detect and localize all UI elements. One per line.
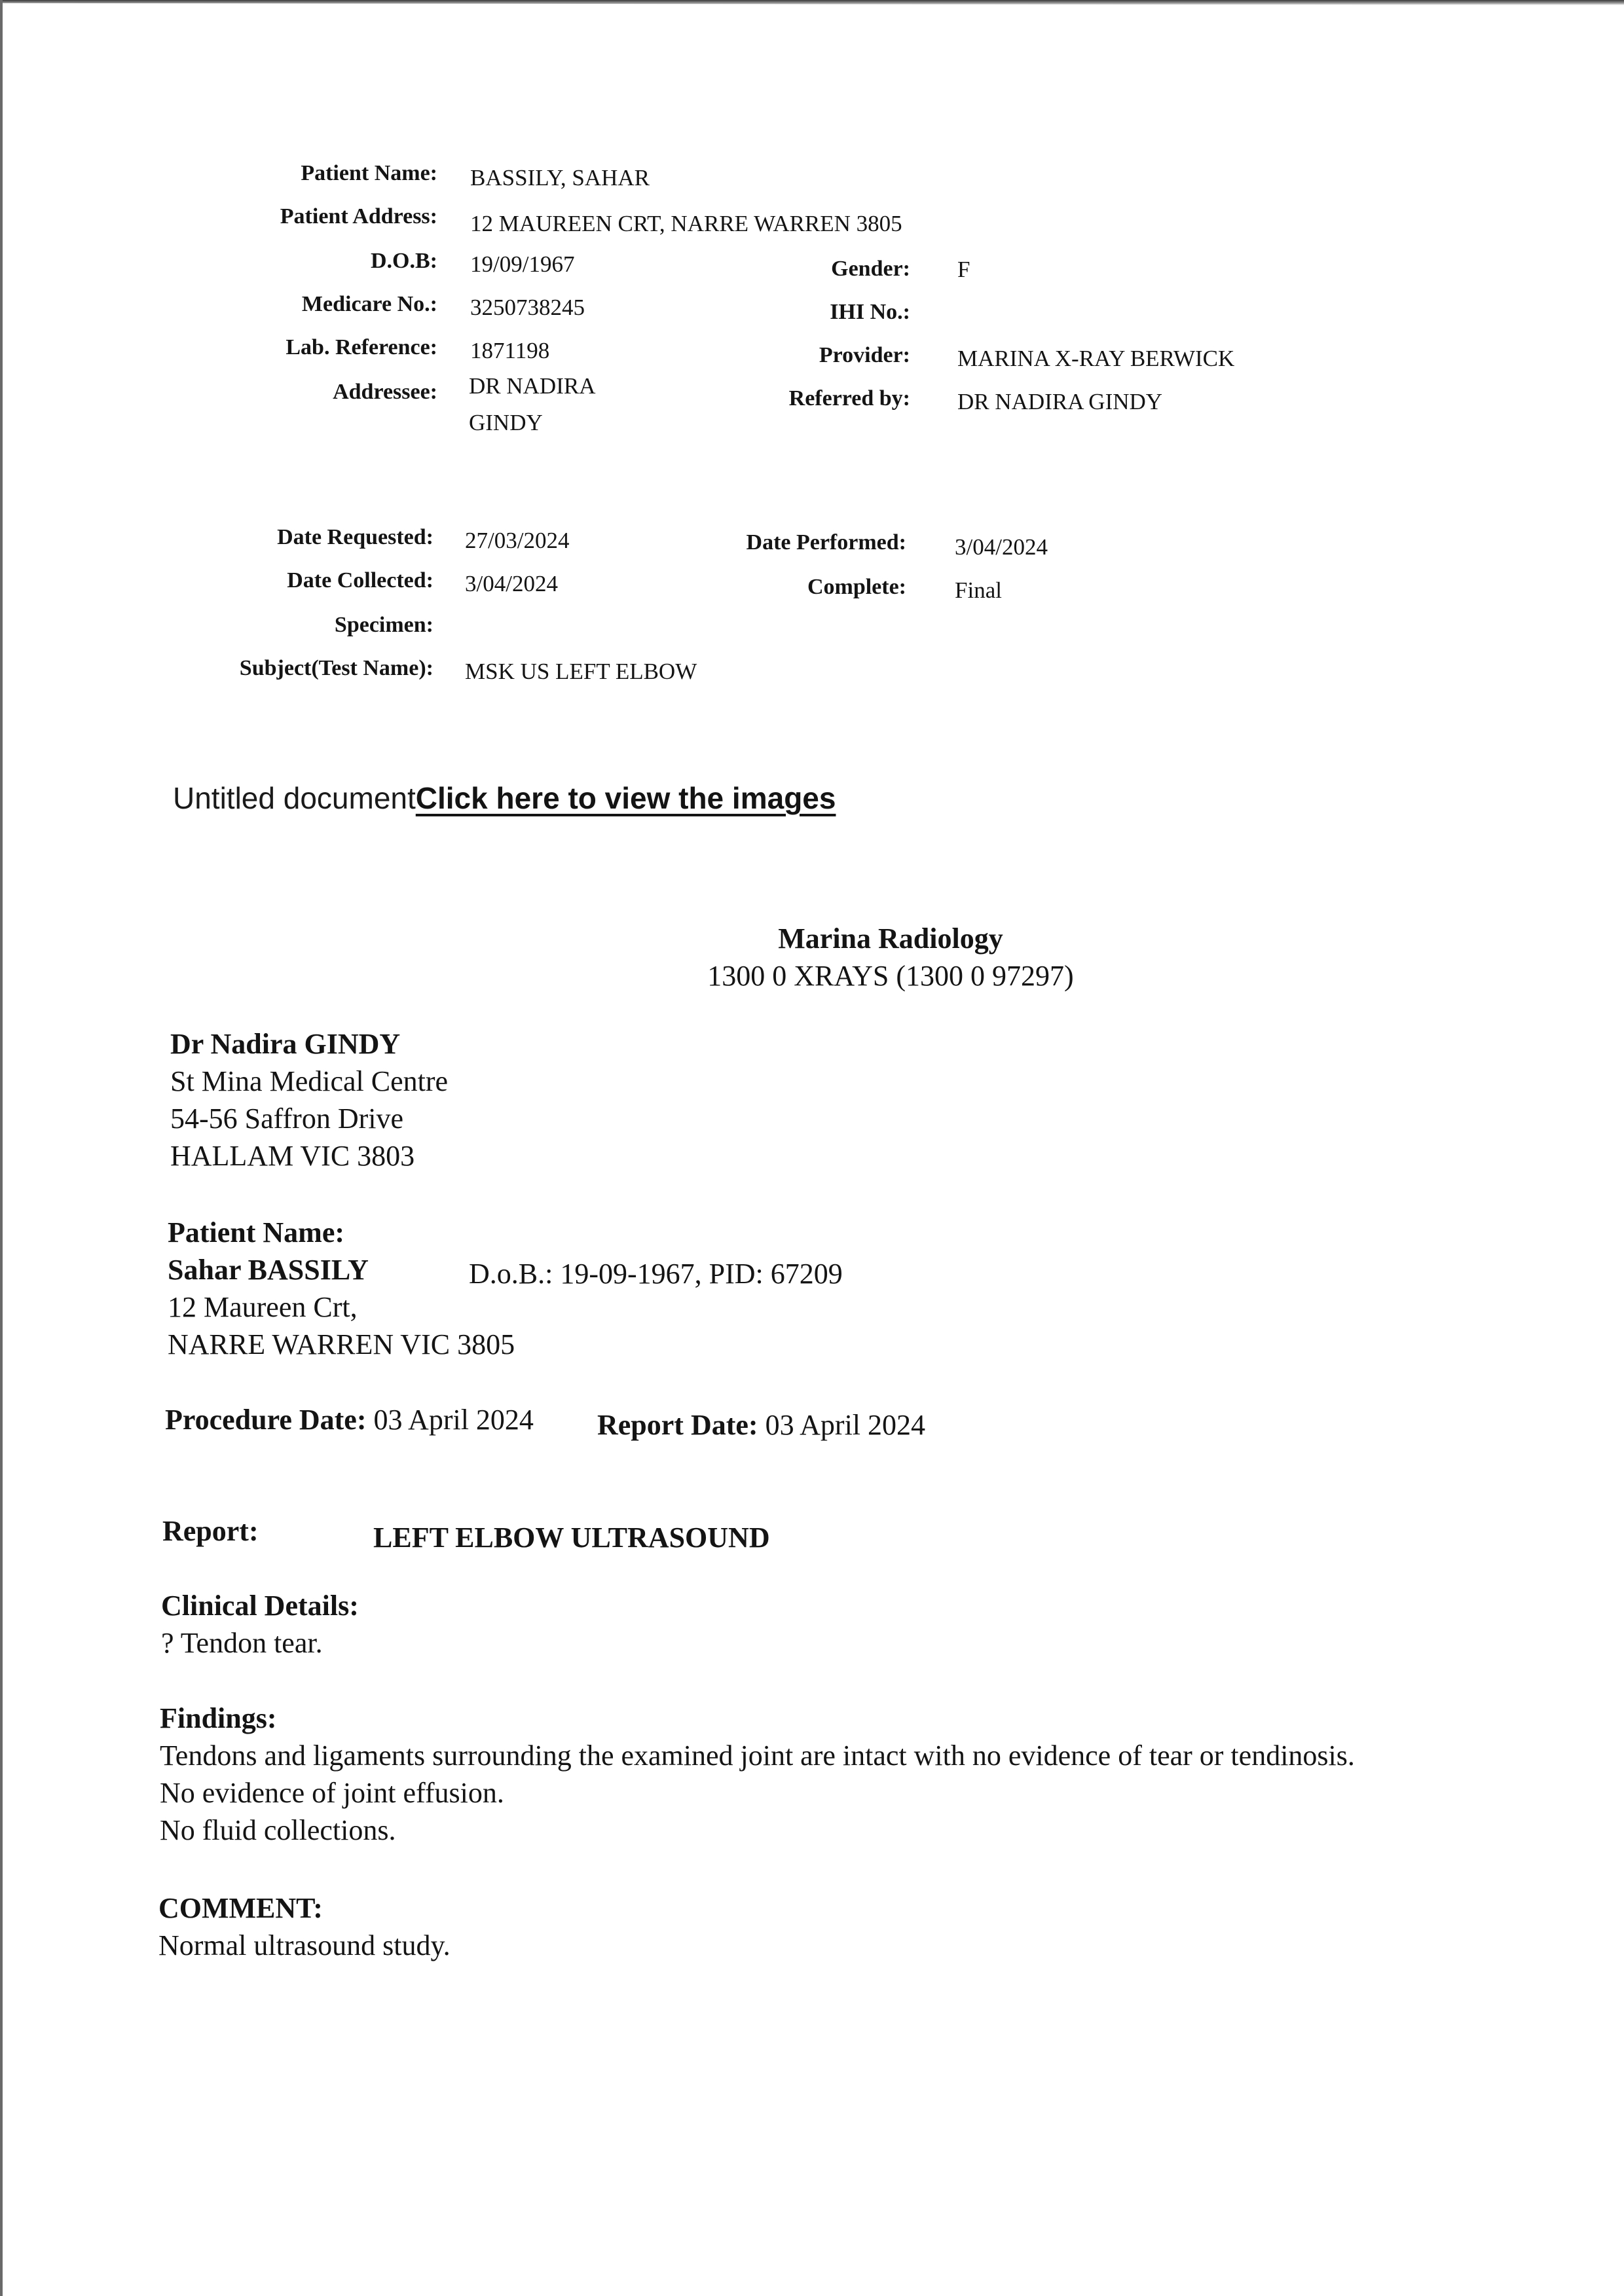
procedure-date-value: 03 April 2024 [373,1404,533,1436]
addressee-line3: HALLAM VIC 3803 [170,1137,448,1175]
patient-block-label: Patient Name: [168,1214,1019,1251]
subject-label: Subject(Test Name): [240,656,434,681]
medicare-label: Medicare No.: [302,292,437,317]
addressee-value-line1: DR NADIRA [469,373,595,399]
comment-section: COMMENT: Normal ultrasound study. [158,1889,451,1964]
clinic-name: Marina Radiology [629,922,1153,955]
date-collected-value: 3/04/2024 [465,571,558,597]
view-images-link[interactable]: Click here to view the images [416,781,836,815]
addressee-label: Addressee: [333,380,437,405]
date-collected-label: Date Collected: [287,568,434,593]
addressee-line2: 54-56 Saffron Drive [170,1100,448,1137]
scan-edge [0,0,1624,5]
referred-by-value: DR NADIRA GINDY [957,389,1162,415]
addressee-block: Dr Nadira GINDY St Mina Medical Centre 5… [170,1025,448,1175]
referred-by-label: Referred by: [789,386,910,411]
patient-name-value: BASSILY, SAHAR [470,165,650,191]
lab-reference-value: 1871198 [470,338,549,364]
date-requested-label: Date Requested: [277,525,434,550]
report-title: LEFT ELBOW ULTRASOUND [373,1519,770,1556]
complete-value: Final [955,577,1002,604]
addressee-value-line2: GINDY [469,410,543,436]
document-title: Untitled document [173,781,416,815]
document-link-line: Untitled documentClick here to view the … [173,780,836,816]
dob-value: 19/09/1967 [470,251,574,278]
findings-section: Findings: Tendons and ligaments surround… [160,1700,1355,1849]
comment-text: Normal ultrasound study. [158,1927,451,1964]
gender-label: Gender: [831,257,910,282]
clinical-details-section: Clinical Details: ? Tendon tear. [161,1587,359,1662]
report-label: Report: [162,1512,259,1550]
report-date: Report Date: 03 April 2024 [597,1406,925,1444]
patient-block-address2: NARRE WARREN VIC 3805 [168,1326,1019,1363]
addressee-line1: St Mina Medical Centre [170,1063,448,1100]
findings-label: Findings: [160,1700,1355,1737]
patient-name-label: Patient Name: [301,161,437,186]
patient-dob-pid: D.o.B.: 19-09-1967, PID: 67209 [469,1255,843,1292]
report-date-label: Report Date: [597,1409,758,1441]
gender-value: F [957,257,970,283]
addressee-name: Dr Nadira GINDY [170,1025,448,1063]
ihi-label: IHI No.: [830,300,910,325]
clinical-details-text: ? Tendon tear. [161,1624,359,1662]
subject-value: MSK US LEFT ELBOW [465,659,697,685]
patient-address-label: Patient Address: [280,204,437,229]
report-label-text: Report: [162,1515,259,1547]
comment-label: COMMENT: [158,1889,451,1927]
procedure-date-label: Procedure Date: [165,1404,366,1436]
provider-label: Provider: [819,343,910,368]
patient-block-name: Sahar BASSILY [168,1254,369,1286]
date-performed-value: 3/04/2024 [955,534,1048,560]
findings-line: Tendons and ligaments surrounding the ex… [160,1737,1355,1774]
findings-line: No fluid collections. [160,1812,1355,1849]
patient-block: Patient Name: Sahar BASSILY D.o.B.: 19-0… [168,1214,1019,1363]
findings-line: No evidence of joint effusion. [160,1774,1355,1812]
date-performed-label: Date Performed: [747,530,906,555]
provider-value: MARINA X-RAY BERWICK [957,346,1234,372]
clinic-header: Marina Radiology 1300 0 XRAYS (1300 0 97… [629,922,1153,993]
clinic-phone: 1300 0 XRAYS (1300 0 97297) [629,959,1153,993]
specimen-label: Specimen: [335,613,434,638]
complete-label: Complete: [807,575,906,600]
lab-reference-label: Lab. Reference: [286,335,437,360]
clinical-details-label: Clinical Details: [161,1587,359,1624]
dob-label: D.O.B: [371,249,437,274]
scan-edge-left [0,0,3,2296]
date-requested-value: 27/03/2024 [465,528,569,554]
procedure-date: Procedure Date: 03 April 2024 [165,1401,534,1438]
medicare-value: 3250738245 [470,295,585,321]
report-date-value: 03 April 2024 [766,1409,925,1441]
patient-block-address1: 12 Maureen Crt, [168,1288,1019,1326]
report-title-text: LEFT ELBOW ULTRASOUND [373,1522,770,1554]
patient-address-value: 12 MAUREEN CRT, NARRE WARREN 3805 [470,211,902,237]
